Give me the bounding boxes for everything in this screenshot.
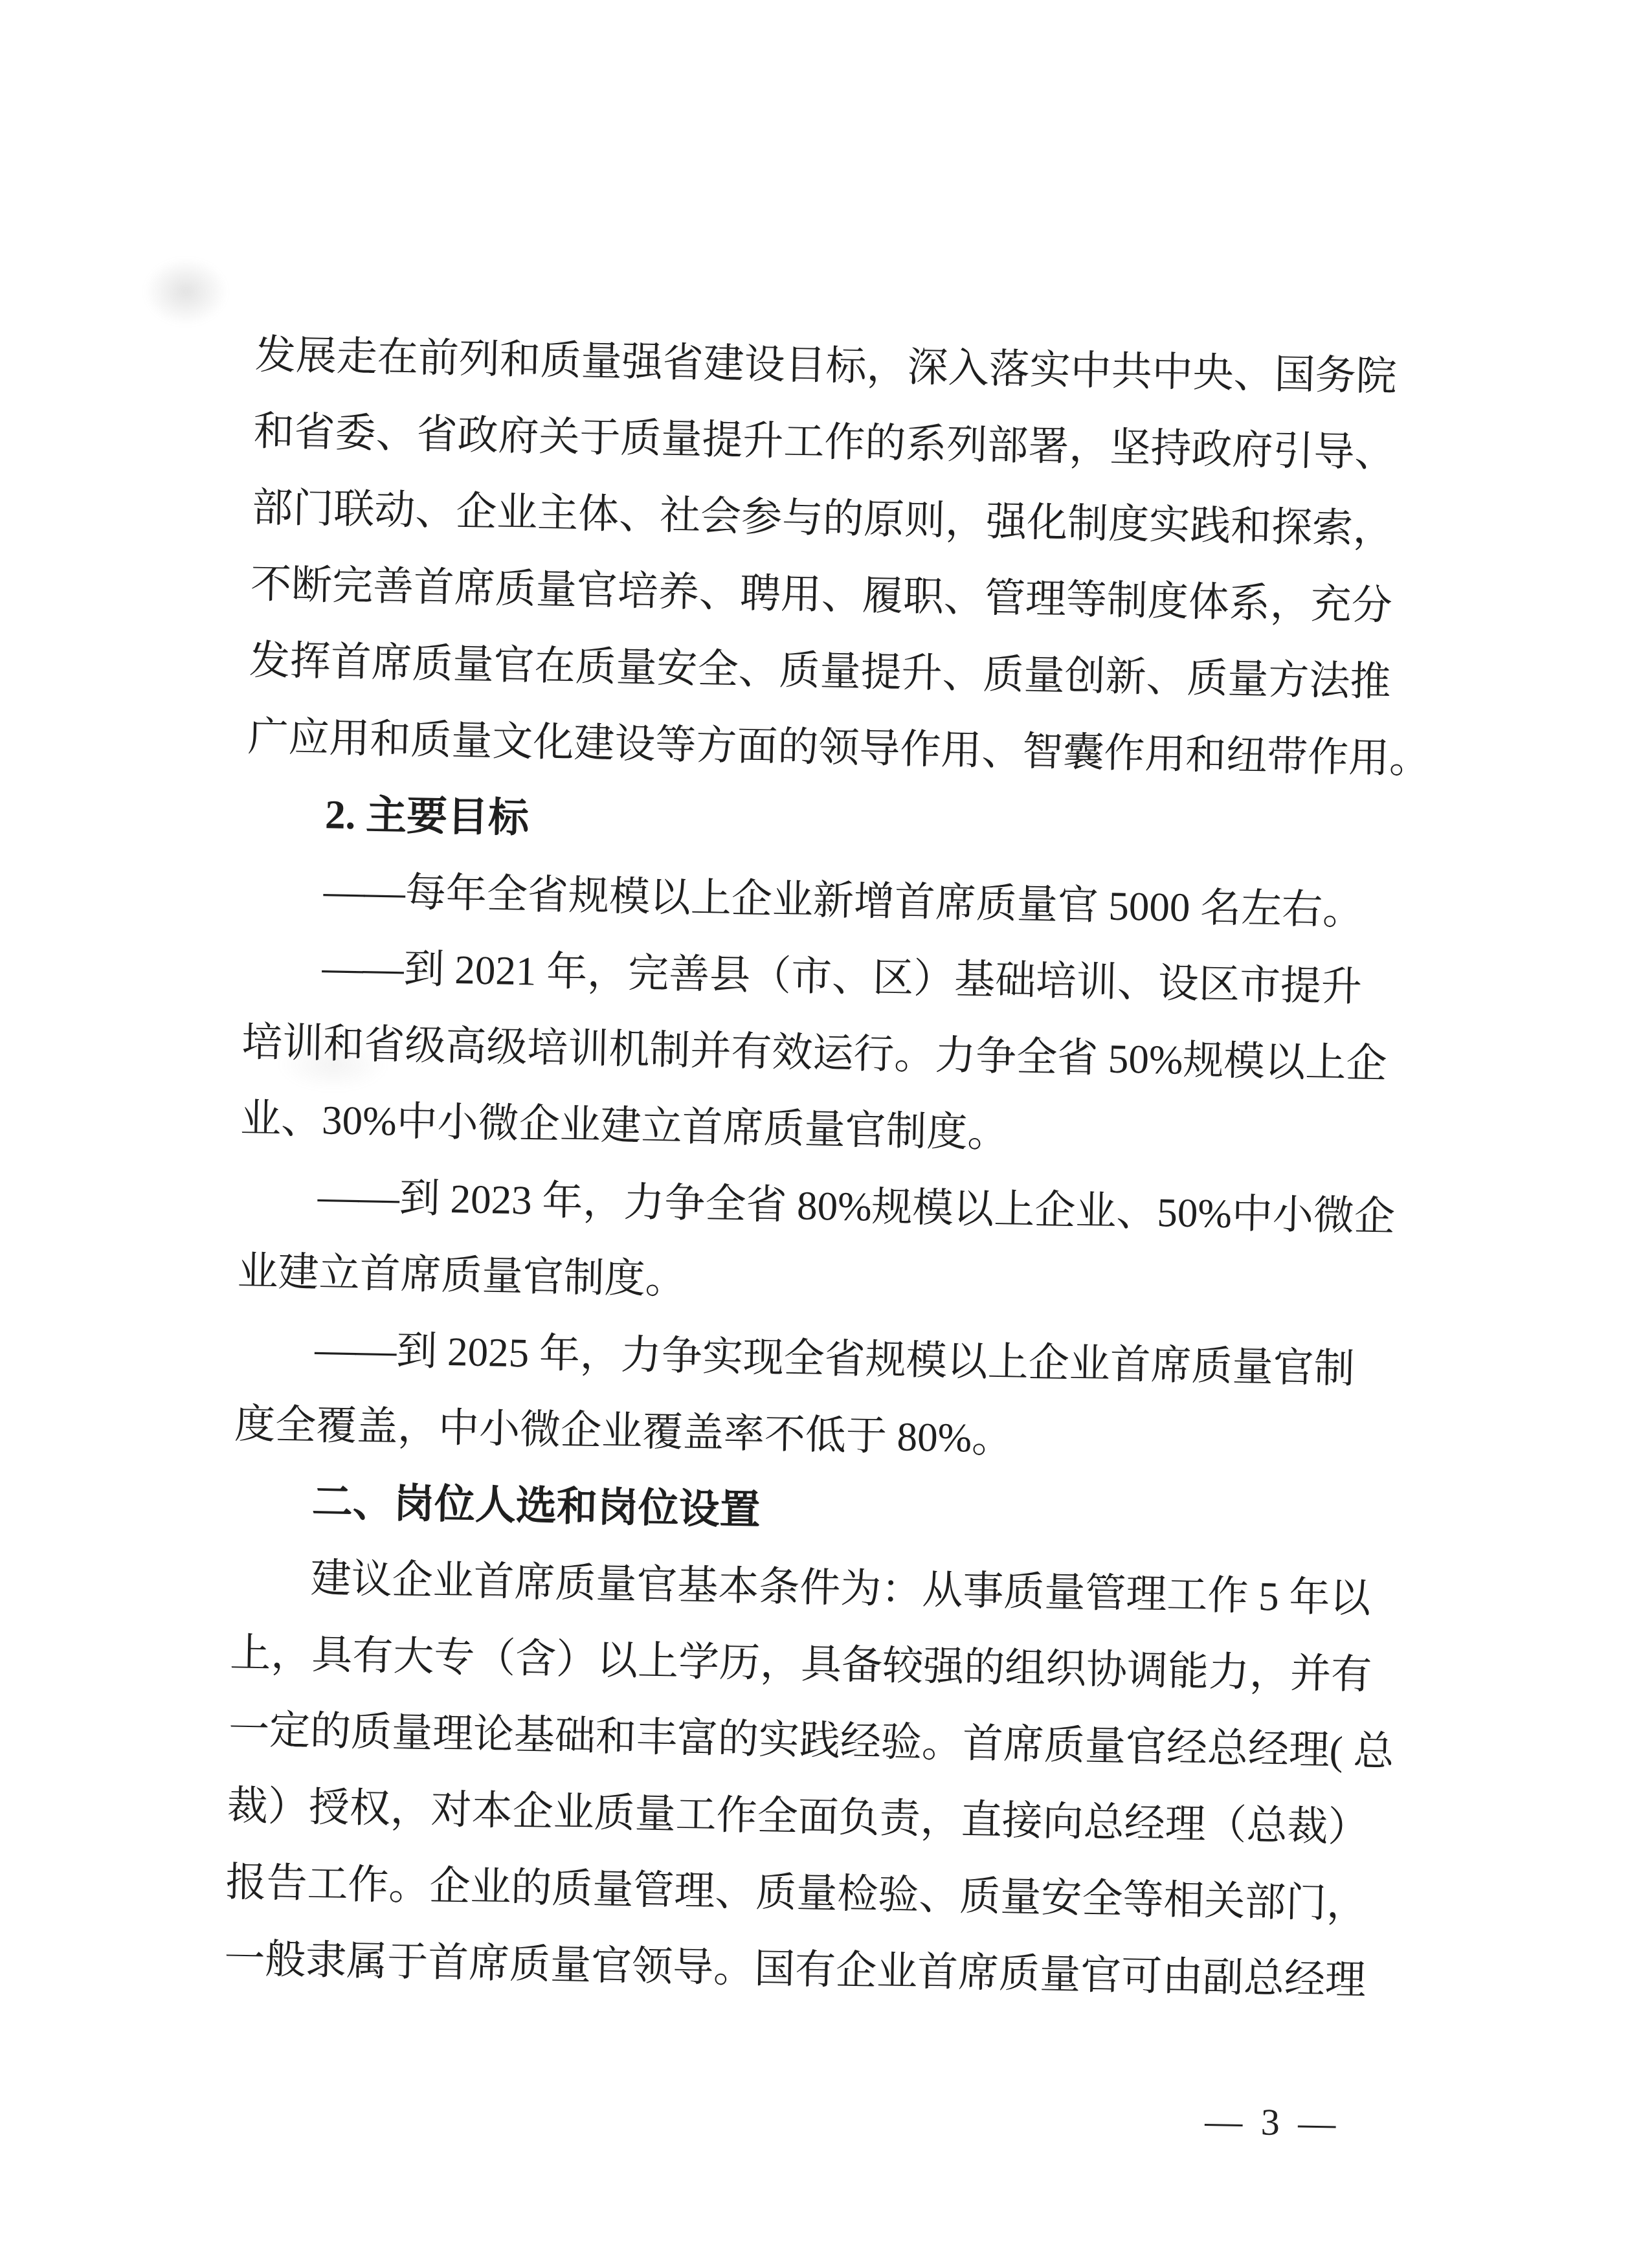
scan-smudge	[144, 258, 228, 326]
page-number: — 3 —	[1205, 2099, 1341, 2145]
scanned-document-page: 发展走在前列和质量强省建设目标，深入落实中共中央、国务院 和省委、省政府关于质量…	[0, 0, 1652, 2263]
document-text-block: 发展走在前列和质量强省建设目标，深入落实中共中央、国务院 和省委、省政府关于质量…	[223, 317, 1427, 2019]
